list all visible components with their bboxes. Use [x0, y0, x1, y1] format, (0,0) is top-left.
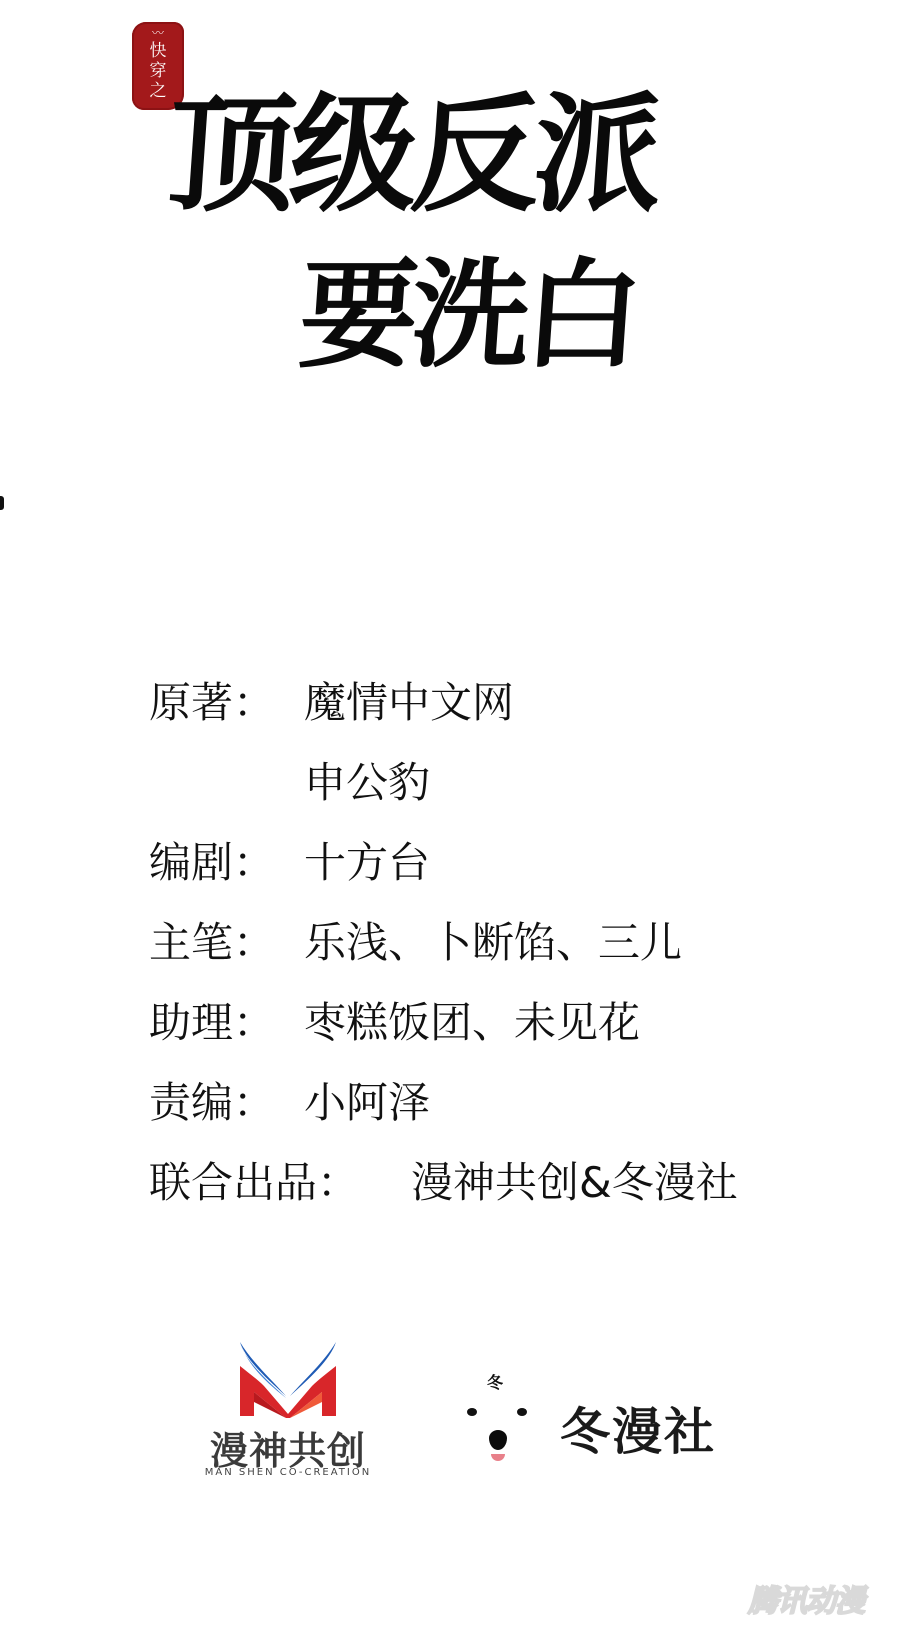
credit-row-editor: 责编： 小阿泽 — [149, 1060, 869, 1140]
credit-row-original: 原著： 魔情中文网 — [149, 660, 869, 740]
dog-nose — [489, 1430, 507, 1450]
credit-label: 联合出品： — [149, 1150, 411, 1210]
credit-value: 魔情中文网 — [304, 670, 514, 730]
credit-value: 申公豹 — [304, 750, 430, 810]
manshen-m-icon — [236, 1340, 340, 1418]
dog-face-icon: 冬 — [465, 1370, 545, 1470]
seal-char-2: 穿 — [150, 61, 167, 81]
title-line-2: 要洗白 — [300, 240, 636, 390]
manshen-logo: 漫神共创 MAN SHEN CO-CREATION — [198, 1340, 378, 1490]
dongman-name: 冬漫社 — [560, 1392, 716, 1464]
seal-char-1: 快 — [150, 41, 167, 61]
credit-label: 主笔： — [149, 910, 304, 970]
credit-row-screenwriter: 编剧： 十方台 — [149, 820, 869, 900]
credit-row-assistant: 助理： 枣糕饭团、未见花 — [149, 980, 869, 1060]
credit-label: 原著： — [149, 670, 304, 730]
credit-row-original-author: 申公豹 — [149, 740, 869, 820]
title-char: 反 — [406, 70, 540, 240]
title-char: 派 — [528, 70, 662, 240]
title-char: 白 — [519, 240, 642, 390]
dog-eye-right — [517, 1408, 527, 1416]
title-char: 要 — [295, 240, 418, 390]
credit-value: 十方台 — [304, 830, 430, 890]
credit-value: 小阿泽 — [304, 1070, 430, 1130]
credit-value: 乐浅、卜断馅、三儿 — [304, 910, 682, 970]
seal-char-3: 之 — [150, 81, 167, 101]
edge-artifact — [0, 496, 4, 510]
credits-list: 原著： 魔情中文网 申公豹 编剧： 十方台 主笔： 乐浅、卜断馅、三儿 助理： … — [149, 660, 869, 1220]
credit-value: 漫神共创&冬漫社 — [411, 1150, 738, 1210]
credit-label: 编剧： — [149, 830, 304, 890]
dog-tongue — [491, 1454, 505, 1461]
credit-label: 责编： — [149, 1070, 304, 1130]
seal-swirl: 〰 — [152, 27, 164, 39]
dongman-logo: 冬 冬漫社 — [465, 1370, 735, 1480]
title-char: 洗 — [407, 240, 530, 390]
dog-eye-left — [467, 1408, 477, 1416]
credit-row-lead-artist: 主笔： 乐浅、卜断馅、三儿 — [149, 900, 869, 980]
dog-badge-char: 冬 — [487, 1370, 503, 1393]
tencent-comic-watermark: 腾讯动漫 — [748, 1576, 864, 1620]
manshen-name-en: MAN SHEN CO-CREATION — [198, 1467, 378, 1478]
title-char: 顶 — [162, 70, 296, 240]
credit-value: 枣糕饭团、未见花 — [304, 990, 640, 1050]
credit-label: 助理： — [149, 990, 304, 1050]
title-line-1: 顶级反派 — [168, 70, 656, 240]
credit-row-co-production: 联合出品： 漫神共创&冬漫社 — [149, 1140, 869, 1220]
title-char: 级 — [284, 70, 418, 240]
